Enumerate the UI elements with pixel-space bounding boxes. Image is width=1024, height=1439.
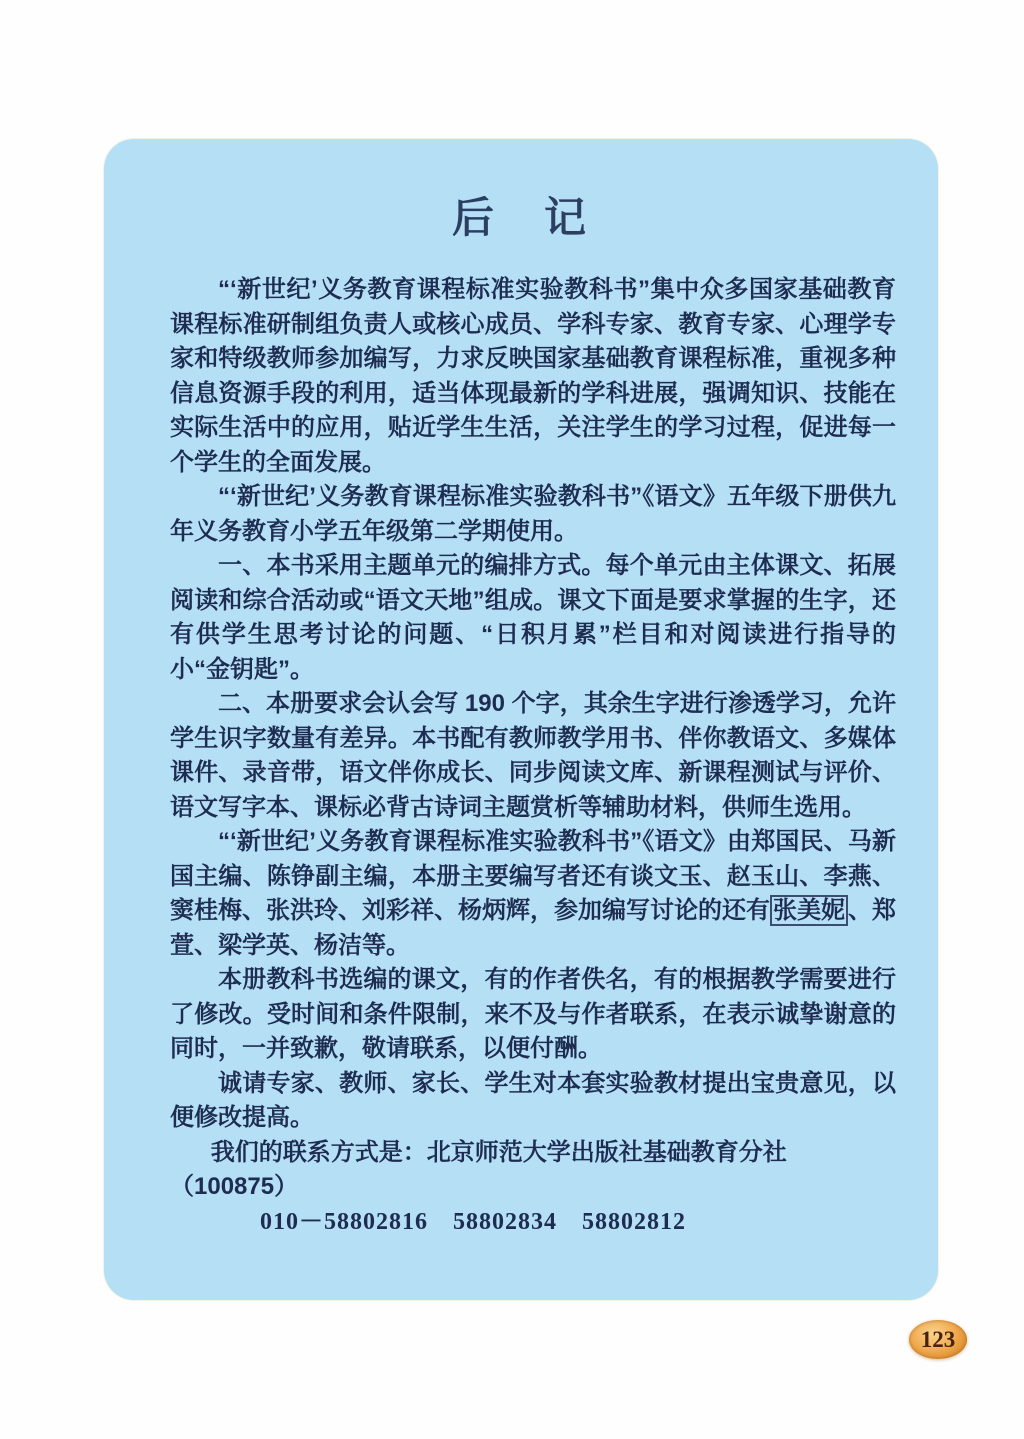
boxed-editor-name: 张美妮 xyxy=(770,895,848,926)
scanned-page: 后 记 “‘新世纪’义务教育课程标准实验教科书”集中众多国家基础教育课程标准研制… xyxy=(0,0,1024,1439)
page-title: 后 记 xyxy=(104,197,938,241)
contact-line: 我们的联系方式是：北京师范大学出版社基础教育分社（100875） xyxy=(170,1136,896,1205)
paragraph-editors: “‘新世纪’义务教育课程标准实验教科书”《语文》由郑国民、马新国主编、陈铮副主编… xyxy=(170,825,896,963)
paragraph-apology: 本册教科书选编的课文，有的作者佚名，有的根据教学需要进行了修改。受时间和条件限制… xyxy=(170,963,896,1067)
paragraph-point-one: 一、本书采用主题单元的编排方式。每个单元由主体课文、拓展阅读和综合活动或“语文天… xyxy=(170,549,896,687)
paragraph-usage: “‘新世纪’义务教育课程标准实验教科书”《语文》五年级下册供九年义务教育小学五年… xyxy=(170,480,896,549)
afterword-body: “‘新世纪’义务教育课程标准实验教科书”集中众多国家基础教育课程标准研制组负责人… xyxy=(170,273,896,1239)
paragraph-point-two: 二、本册要求会认会写 190 个字，其余生字进行渗透学习，允许学生识字数量有差异… xyxy=(170,687,896,825)
paragraph-intro: “‘新世纪’义务教育课程标准实验教科书”集中众多国家基础教育课程标准研制组负责人… xyxy=(170,273,896,480)
phone-line: 010－58802816 58802834 58802812 xyxy=(170,1205,896,1240)
paragraph-feedback: 诚请专家、教师、家长、学生对本套实验教材提出宝贵意见，以便修改提高。 xyxy=(170,1067,896,1136)
page-number: 123 xyxy=(921,1327,956,1353)
afterword-panel: 后 记 “‘新世纪’义务教育课程标准实验教科书”集中众多国家基础教育课程标准研制… xyxy=(104,139,938,1300)
page-number-badge: 123 xyxy=(909,1320,967,1359)
